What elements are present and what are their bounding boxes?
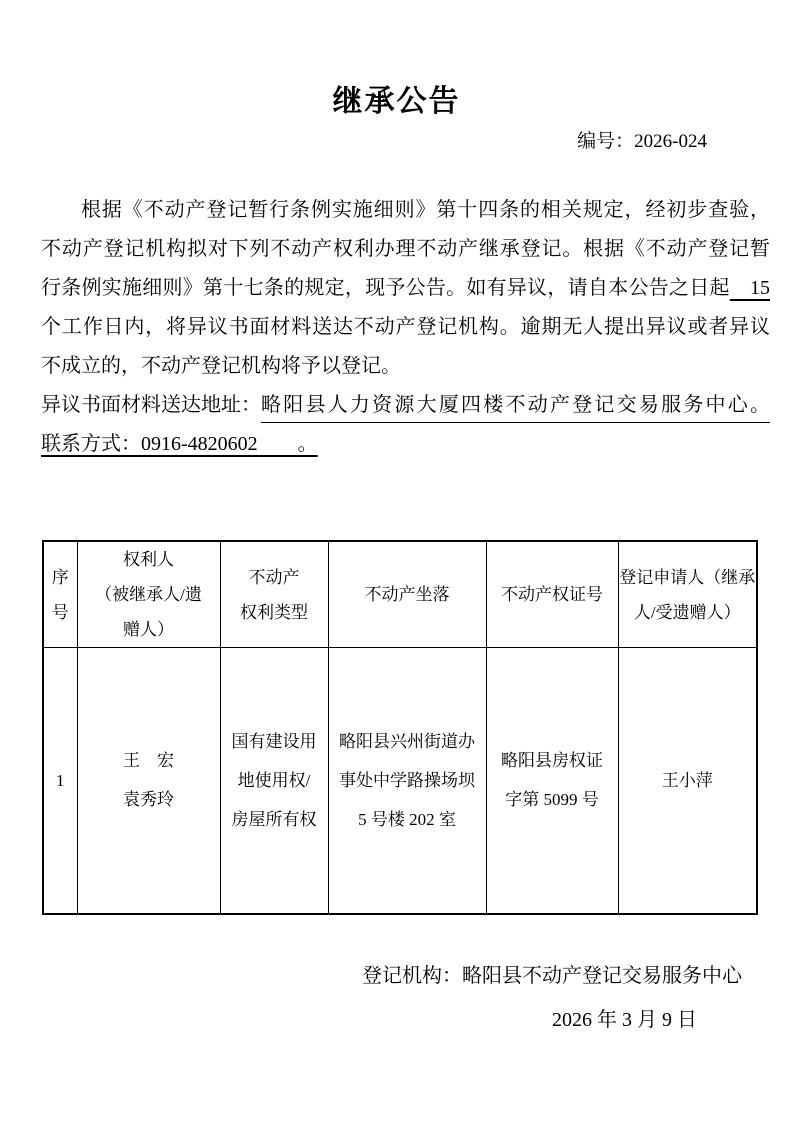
page-title: 继承公告: [0, 76, 793, 120]
contact-phone-underlined: 联系方式：0916-4820602 。: [41, 433, 318, 455]
delivery-address-value-underlined: 略阳县人力资源大厦四楼不动产登记交易服务中心。: [261, 386, 770, 423]
registration-table: 序 号 权利人 （被继承人/遗 赠人） 不动产 权利类型 不动产坐落 不动产权证…: [42, 540, 758, 915]
table-header-row: 序 号 权利人 （被继承人/遗 赠人） 不动产 权利类型 不动产坐落 不动产权证…: [43, 541, 757, 648]
body-line-3: 行条例实施细则》第十七条的规定，现予公告。如有异议，请自本公告之日起 15: [41, 269, 770, 308]
registration-authority: 登记机构：略阳县不动产登记交易服务中心: [0, 959, 742, 988]
body-line-3-text: 行条例实施细则》第十七条的规定，现予公告。如有异议，请自本公告之日起: [41, 277, 730, 299]
cell-right-holder: 王 宏 袁秀玲: [77, 648, 220, 914]
cell-right-type: 国有建设用 地使用权/ 房屋所有权: [220, 648, 328, 914]
header-seq-no: 序 号: [43, 541, 77, 648]
delivery-address-label: 异议书面材料送达地址：: [41, 386, 261, 425]
header-right-type: 不动产 权利类型: [220, 541, 328, 648]
body-line-1: 根据《不动产登记暂行条例实施细则》第十四条的相关规定，经初步查验，: [41, 191, 770, 230]
contact-line: 联系方式：0916-4820602 。: [41, 425, 770, 464]
table-row: 1 王 宏 袁秀玲 国有建设用 地使用权/ 房屋所有权 略阳县兴州街道办 事处中…: [43, 648, 757, 914]
body-line-5: 不成立的，不动产登记机构将予以登记。: [41, 347, 770, 386]
header-right-holder: 权利人 （被继承人/遗 赠人）: [77, 541, 220, 648]
header-applicant: 登记申请人（继承 人/受遗赠人）: [618, 541, 757, 648]
deadline-days-underlined: 15: [730, 277, 770, 299]
body-line-2: 不动产登记机构拟对下列不动产权利办理不动产继承登记。根据《不动产登记暂: [41, 230, 770, 269]
header-property-location: 不动产坐落: [328, 541, 486, 648]
document-page: 继承公告 编号：2026-024 根据《不动产登记暂行条例实施细则》第十四条的相…: [0, 0, 793, 1122]
cell-cert-number: 略阳县房权证 字第 5099 号: [486, 648, 618, 914]
body-text: 根据《不动产登记暂行条例实施细则》第十四条的相关规定，经初步查验， 不动产登记机…: [41, 191, 770, 464]
delivery-address-line: 异议书面材料送达地址： 略阳县人力资源大厦四楼不动产登记交易服务中心。: [41, 386, 770, 425]
cell-seq-no: 1: [43, 648, 77, 914]
body-line-4: 个工作日内，将异议书面材料送达不动产登记机构。逾期无人提出异议或者异议: [41, 308, 770, 347]
doc-number: 编号：2026-024: [577, 126, 707, 153]
header-cert-number: 不动产权证号: [486, 541, 618, 648]
announcement-date: 2026 年 3 月 9 日: [0, 1003, 697, 1032]
cell-applicant: 王小萍: [618, 648, 757, 914]
cell-property-location: 略阳县兴州街道办 事处中学路操场坝 5 号楼 202 室: [328, 648, 486, 914]
